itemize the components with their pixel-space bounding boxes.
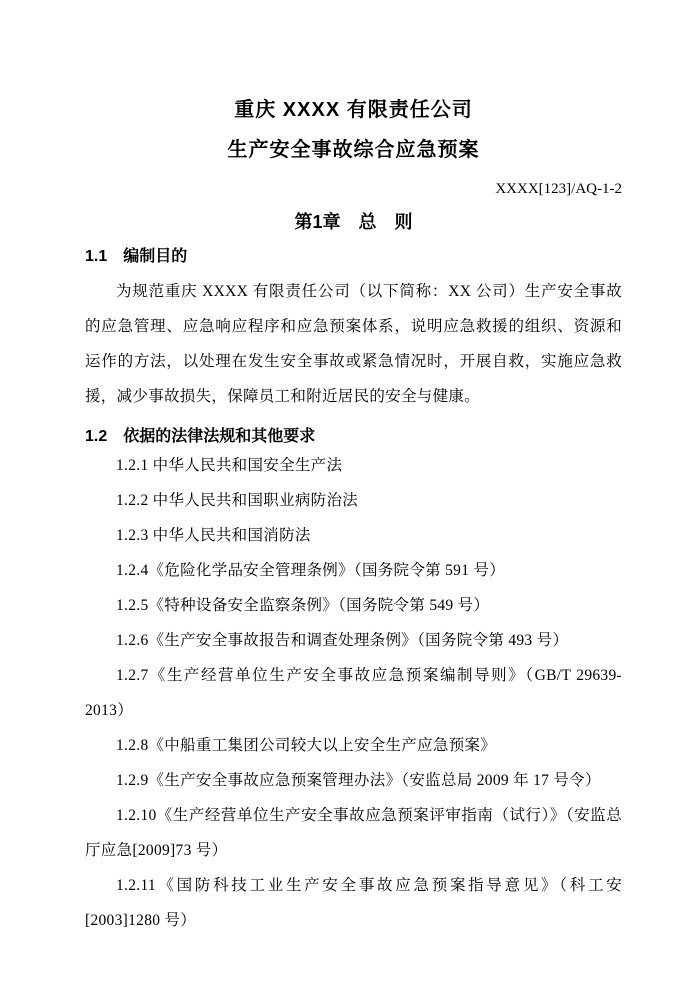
law-item-1-2-8: 1.2.8《中船重工集团公司较大以上安全生产应急预案》	[85, 728, 622, 763]
section-1-1-paragraph: 为规范重庆 XXXX 有限责任公司（以下简称：XX 公司）生产安全事故的应急管理…	[85, 274, 622, 414]
law-item-1-2-4: 1.2.4《危险化学品安全管理条例》（国务院令第 591 号）	[85, 553, 622, 588]
document-page: 重庆 XXXX 有限责任公司 生产安全事故综合应急预案 XXXX[123]/AQ…	[0, 0, 700, 990]
law-item-1-2-6: 1.2.6《生产安全事故报告和调查处理条例》（国务院令第 493 号）	[85, 623, 622, 658]
law-item-1-2-3: 1.2.3 中华人民共和国消防法	[85, 518, 622, 553]
section-heading-1-1: 1.1 编制目的	[85, 246, 622, 268]
chapter-1-heading: 第1章 总 则	[85, 210, 622, 234]
law-item-1-2-9: 1.2.9《生产安全事故应急预案管理办法》（安监总局 2009 年 17 号令）	[85, 763, 622, 798]
law-reference-list: 1.2.1 中华人民共和国安全生产法 1.2.2 中华人民共和国职业病防治法 1…	[85, 448, 622, 938]
document-title: 生产安全事故综合应急预案	[85, 136, 622, 164]
law-item-1-2-10: 1.2.10《生产经营单位生产安全事故应急预案评审指南（试行）》（安监总厅应急[…	[85, 798, 622, 868]
law-item-1-2-7: 1.2.7《生产经营单位生产安全事故应急预案编制导则》（GB/T 29639-2…	[85, 658, 622, 728]
law-item-1-2-5: 1.2.5《特种设备安全监察条例》（国务院令第 549 号）	[85, 588, 622, 623]
law-item-1-2-11: 1.2.11《国防科技工业生产安全事故应急预案指导意见》（科工安[2003]12…	[85, 868, 622, 938]
law-item-1-2-1: 1.2.1 中华人民共和国安全生产法	[85, 448, 622, 483]
company-title: 重庆 XXXX 有限责任公司	[85, 96, 622, 124]
document-code: XXXX[123]/AQ-1-2	[85, 178, 622, 200]
law-item-1-2-2: 1.2.2 中华人民共和国职业病防治法	[85, 483, 622, 518]
section-heading-1-2: 1.2 依据的法律法规和其他要求	[85, 426, 622, 448]
